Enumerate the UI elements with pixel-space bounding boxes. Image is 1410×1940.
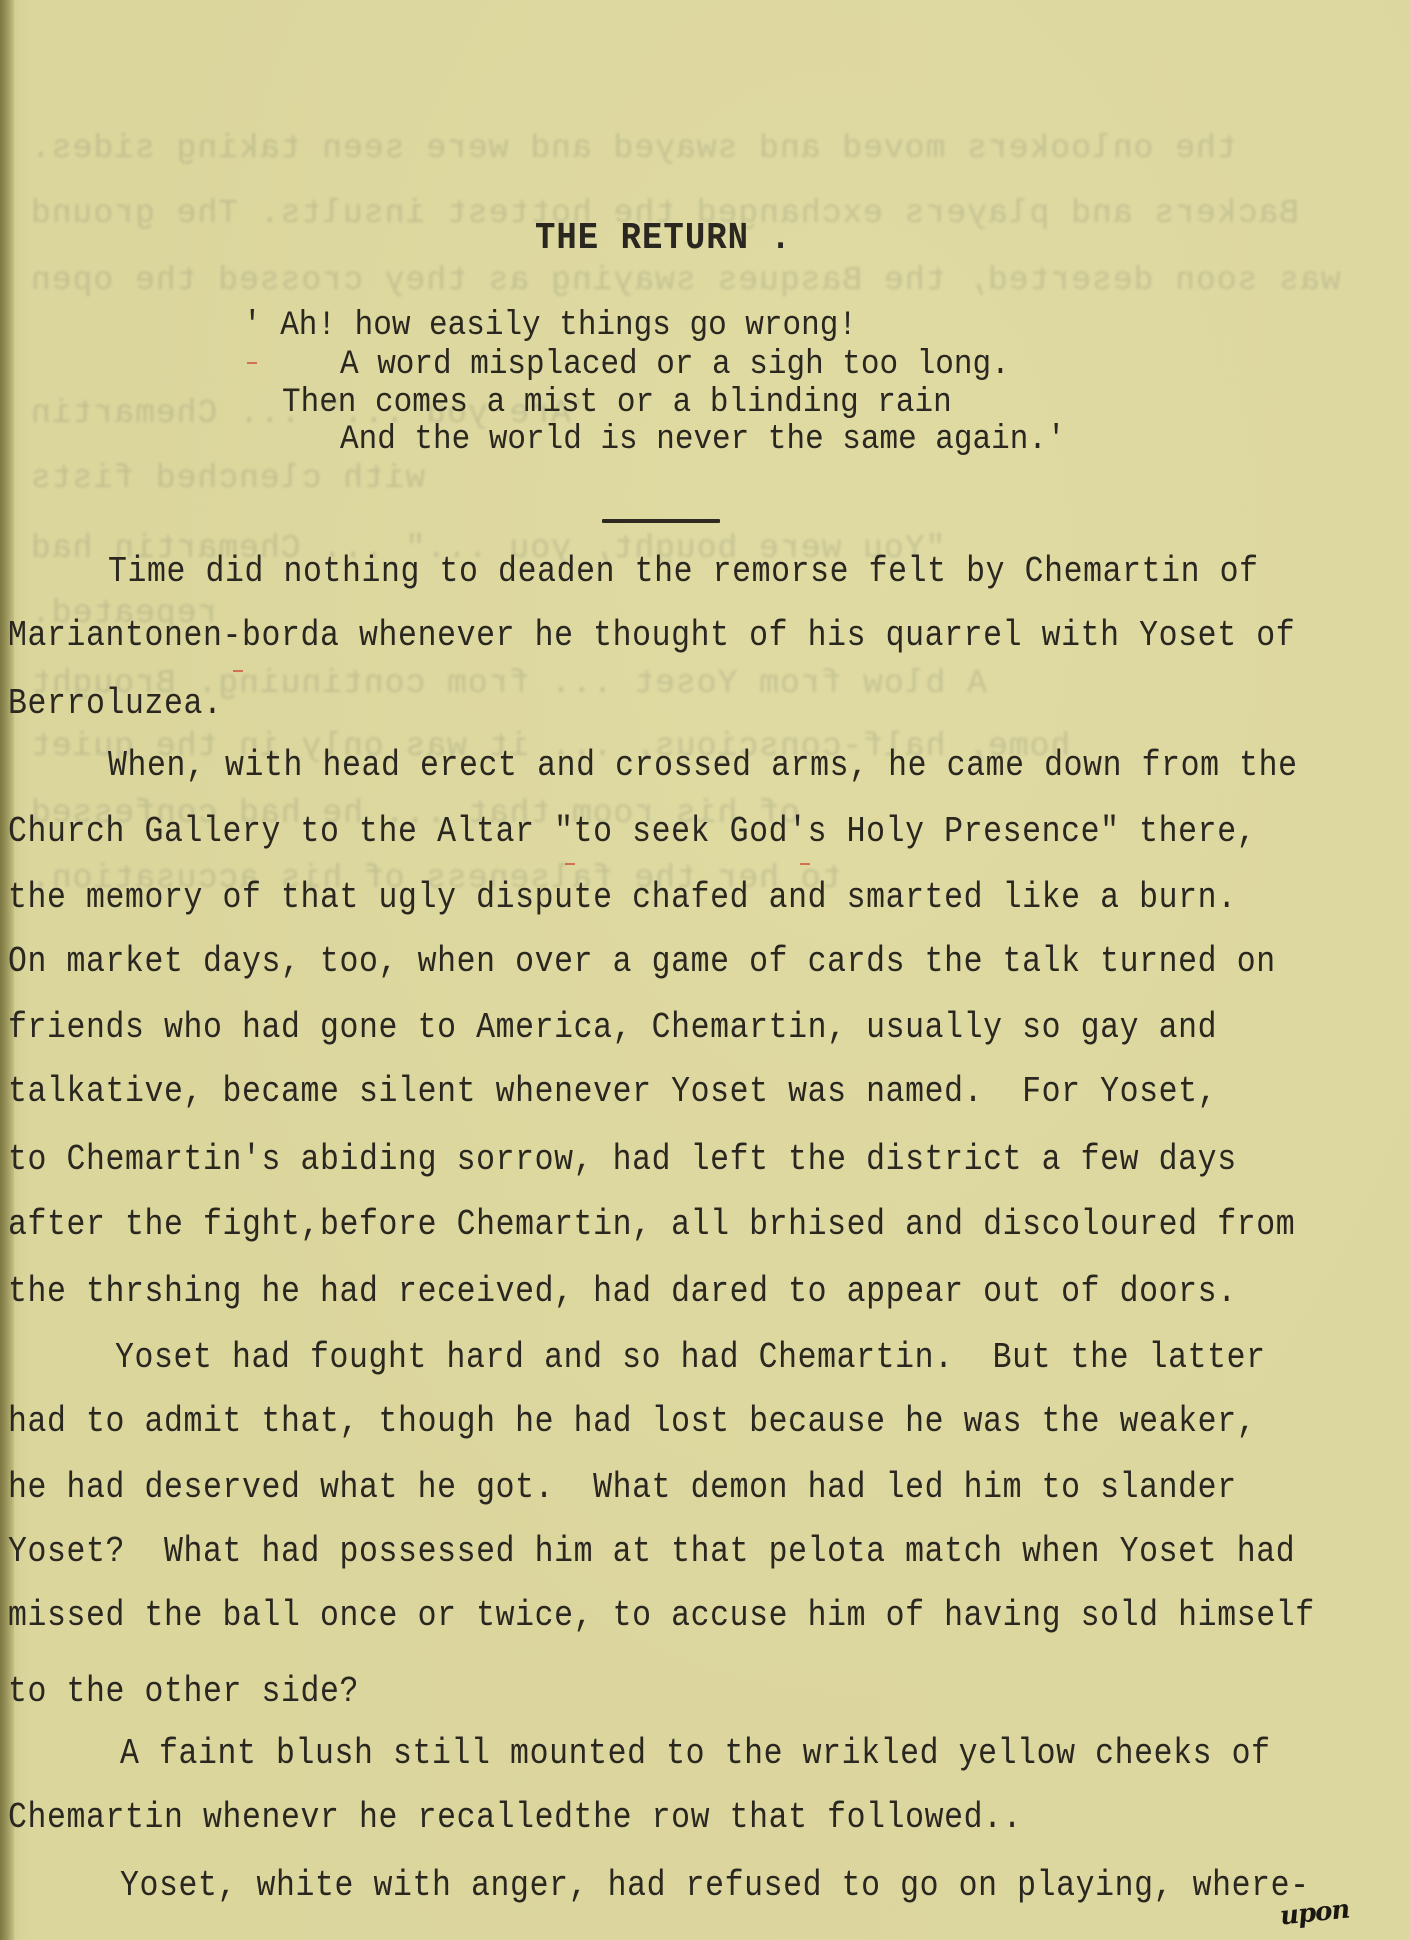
body-line: Yoset? What had possessed him at that pe… <box>8 1532 1295 1572</box>
body-line: Yoset, white with anger, had refused to … <box>120 1866 1310 1906</box>
epigraph-line: A word misplaced or a sigh too long. <box>340 345 1010 384</box>
body-line: talkative, became silent whenever Yoset … <box>8 1072 1217 1112</box>
red-proof-mark <box>247 362 257 364</box>
handwritten-correction: upon <box>1279 1894 1351 1931</box>
bleed-through-line: with clenched fists <box>30 460 1350 497</box>
typewritten-page: the onlookers moved and swayed and were … <box>0 0 1410 1940</box>
body-line: to the other side? <box>8 1672 359 1712</box>
body-line: On market days, too, when over a game of… <box>8 942 1276 982</box>
epigraph-line: Then comes a mist or a blinding rain <box>282 383 952 422</box>
body-line: friends who had gone to America, Chemart… <box>8 1008 1217 1048</box>
bleed-through-line: was soon deserted, the Basques swaying a… <box>30 262 1350 299</box>
bleed-through-line: the onlookers moved and swayed and were … <box>30 130 1350 167</box>
bleed-through-line: A blow from Yoset ... from continuing. B… <box>30 665 1350 702</box>
body-line: after the fight,before Chemartin, all br… <box>8 1205 1295 1245</box>
body-line: the memory of that ugly dispute chafed a… <box>8 878 1237 918</box>
epigraph-line: ' Ah! how easily things go wrong! <box>243 306 857 345</box>
red-proof-mark <box>233 670 243 672</box>
body-line: to Chemartin's abiding sorrow, had left … <box>8 1140 1237 1180</box>
body-line: A faint blush still mounted to the wrikl… <box>120 1734 1271 1774</box>
red-proof-mark <box>565 863 575 865</box>
body-line: missed the ball once or twice, to accuse… <box>8 1596 1315 1636</box>
body-line: Time did nothing to deaden the remorse f… <box>108 552 1259 592</box>
body-line: he had deserved what he got. What demon … <box>8 1468 1237 1508</box>
body-line: Yoset had fought hard and so had Chemart… <box>115 1338 1266 1378</box>
epigraph-line: And the world is never the same again.' <box>340 420 1066 459</box>
body-line: had to admit that, though he had lost be… <box>8 1402 1256 1442</box>
body-line: Chemartin whenevr he recalledthe row tha… <box>8 1798 1022 1838</box>
body-line: Church Gallery to the Altar "to seek God… <box>8 812 1256 852</box>
body-line: Mariantonen-borda whenever he thought of… <box>8 616 1295 656</box>
body-line: the thrshing he had received, had dared … <box>8 1272 1237 1312</box>
body-line: Berroluzea. <box>8 684 223 724</box>
document-title: THE RETURN . <box>535 218 792 261</box>
red-proof-mark <box>800 863 810 865</box>
section-divider <box>602 519 720 523</box>
body-line: When, with head erect and crossed arms, … <box>108 746 1298 786</box>
